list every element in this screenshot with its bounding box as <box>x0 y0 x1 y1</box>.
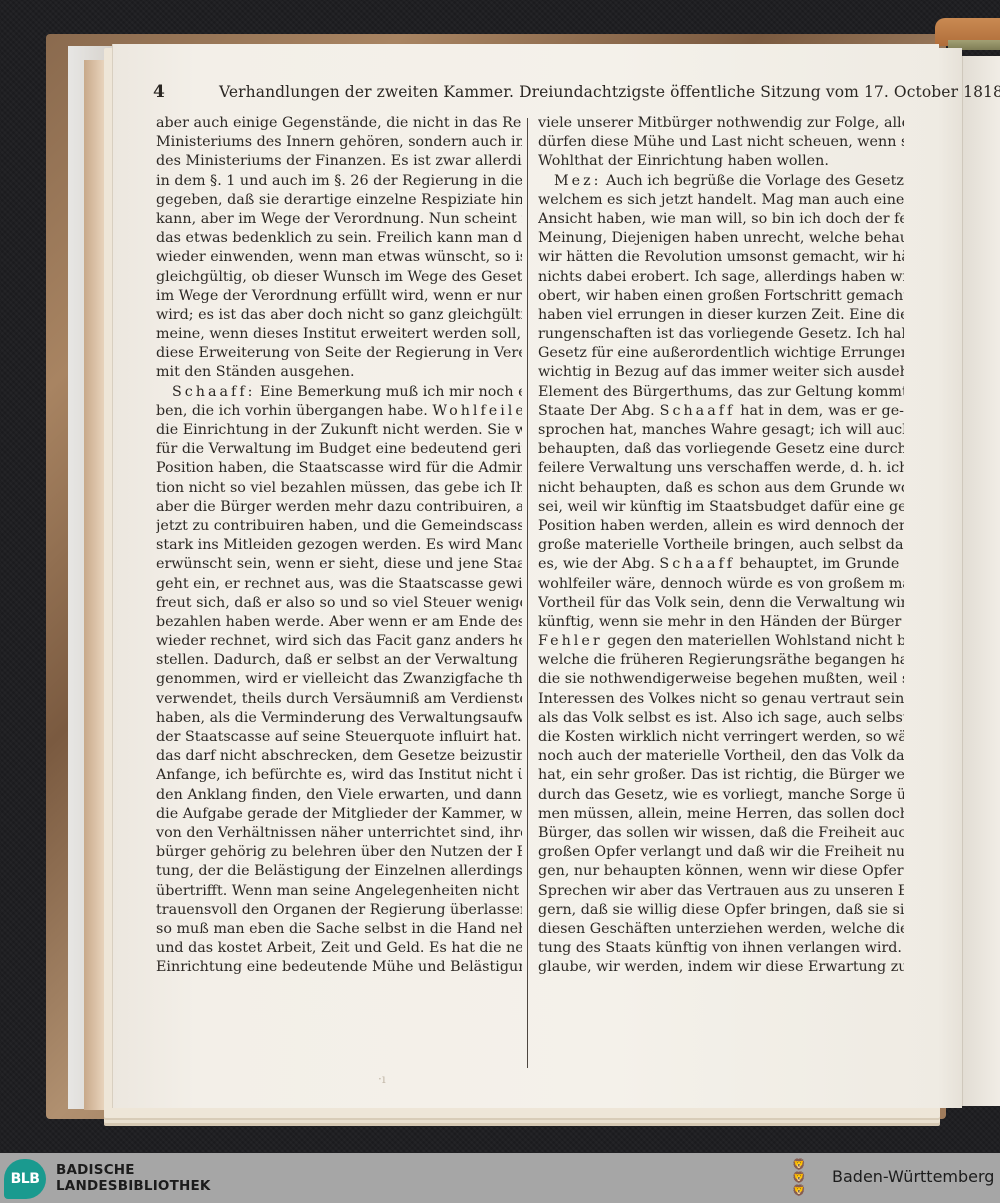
text-line: wohlfeiler wäre, dennoch würde es von gr… <box>538 575 904 594</box>
text-line: haben, als die Verminderung des Verwaltu… <box>156 709 522 728</box>
text-line: von den Verhältnissen näher unterrichtet… <box>156 824 522 843</box>
text-line: Vortheil für das Volk sein, denn die Ver… <box>538 594 904 613</box>
text-line: Sprechen wir aber das Vertrauen aus zu u… <box>538 882 904 901</box>
text-line: die sie nothwendigerweise begehen mußten… <box>538 670 904 689</box>
text-line: rungenschaften ist das vorliegende Geset… <box>538 325 904 344</box>
text-line: die Einrichtung in der Zukunft nicht wer… <box>156 421 522 440</box>
text-line: Gesetz für eine außerordentlich wichtige… <box>538 344 904 363</box>
text-line: Schaaff: Eine Bemerkung muß ich mir noch… <box>156 383 522 402</box>
text-line: bezahlen haben werde. Aber wenn er am En… <box>156 613 522 632</box>
text-line: kann, aber im Wege der Verordnung. Nun s… <box>156 210 522 229</box>
blb-logo-badge[interactable]: BLB <box>4 1159 46 1199</box>
text-line: jetzt zu contribuiren haben, und die Gem… <box>156 517 522 536</box>
text-column-right: viele unserer Mitbürger nothwendig zur F… <box>538 114 904 977</box>
text-line: bürger gehörig zu belehren über den Nutz… <box>156 843 522 862</box>
text-line: großen Opfer verlangt und daß wir die Fr… <box>538 843 904 862</box>
text-line: Ansicht haben, wie man will, so bin ich … <box>538 210 904 229</box>
text-line: Einrichtung eine bedeutende Mühe und Bel… <box>156 958 522 977</box>
text-line: meine, wenn dieses Institut erweitert we… <box>156 325 522 344</box>
text-line: aber die Bürger werden mehr dazu contrib… <box>156 498 522 517</box>
text-line: glaube, wir werden, indem wir diese Erwa… <box>538 958 904 977</box>
text-line: die Aufgabe gerade der Mitglieder der Ka… <box>156 805 522 824</box>
text-line: in dem §. 1 und auch im §. 26 der Regier… <box>156 172 522 191</box>
text-line: Interessen des Volkes nicht so genau ver… <box>538 690 904 709</box>
text-line: das darf nicht abschrecken, dem Gesetze … <box>156 747 522 766</box>
text-line: trauensvoll den Organen der Regierung üb… <box>156 901 522 920</box>
blb-name-line1: BADISCHE <box>56 1162 211 1178</box>
blb-name-line2: LANDESBIBLIOTHEK <box>56 1178 211 1194</box>
text-line: viele unserer Mitbürger nothwendig zur F… <box>538 114 904 133</box>
speaker-name: Schaaff: <box>172 384 255 400</box>
text-line: im Wege der Verordnung erfüllt wird, wen… <box>156 287 522 306</box>
gutter-shadow <box>938 48 962 1108</box>
text-line: das etwas bedenklich zu sein. Freilich k… <box>156 229 522 248</box>
text-line: den Anklang finden, den Viele erwarten, … <box>156 786 522 805</box>
text-line: nichts dabei erobert. Ich sage, allerdin… <box>538 268 904 287</box>
text-line: wieder rechnet, wird sich das Facit ganz… <box>156 632 522 651</box>
text-line: behaupten, daß das vorliegende Gesetz ei… <box>538 440 904 459</box>
text-line: erwünscht sein, wenn er sieht, diese und… <box>156 555 522 574</box>
text-line: als das Volk selbst es ist. Also ich sag… <box>538 709 904 728</box>
text-line: diesen Geschäften unterziehen werden, we… <box>538 920 904 939</box>
running-head: 4 Verhandlungen der zweiten Kammer. Drei… <box>153 82 843 106</box>
text-line: es, wie der Abg. Schaaff behauptet, im G… <box>538 555 904 574</box>
text-line: Fehler gegen den materiellen Wohlstand n… <box>538 632 904 651</box>
text-line: stark ins Mitleiden gezogen werden. Es w… <box>156 536 522 555</box>
text-line: Staate Der Abg. Schaaff hat in dem, was … <box>538 402 904 421</box>
text-line: wird; es ist das aber doch nicht so ganz… <box>156 306 522 325</box>
text-line: tion nicht so viel bezahlen müssen, das … <box>156 479 522 498</box>
text-line: Anfange, ich befürchte es, wird das Inst… <box>156 766 522 785</box>
column-divider <box>527 118 528 1068</box>
text-line: welchem es sich jetzt handelt. Mag man a… <box>538 191 904 210</box>
text-line: Ministeriums des Innern gehören, sondern… <box>156 133 522 152</box>
text-line: gern, daß sie willig diese Opfer bringen… <box>538 901 904 920</box>
page-number: 4 <box>153 82 165 102</box>
text-line: men müssen, allein, meine Herren, das so… <box>538 805 904 824</box>
text-line: feilere Verwaltung uns verschaffen werde… <box>538 459 904 478</box>
running-head-title: Verhandlungen der zweiten Kammer. Dreiun… <box>219 83 1000 101</box>
text-line: Meinung, Diejenigen haben unrecht, welch… <box>538 229 904 248</box>
text-line: Bürger, das sollen wir wissen, daß die F… <box>538 824 904 843</box>
emphasized-word: Wohlfeiler <box>432 403 522 419</box>
text-line: wir hätten die Revolution umsonst gemach… <box>538 248 904 267</box>
text-line: gegeben, daß sie derartige einzelne Resp… <box>156 191 522 210</box>
text-line: ben, die ich vorhin übergangen habe. Woh… <box>156 402 522 421</box>
facing-page-edge <box>962 56 1000 1106</box>
text-line: diese Erweiterung von Seite der Regierun… <box>156 344 522 363</box>
text-line: haben viel errungen in dieser kurzen Zei… <box>538 306 904 325</box>
text-line: der Staatscasse auf seine Steuerquote in… <box>156 728 522 747</box>
text-line: tung des Staats künftig von ihnen verlan… <box>538 939 904 958</box>
speaker-name: Mez: <box>554 173 601 189</box>
three-lions-icon: 🦁🦁🦁 <box>792 1159 822 1199</box>
emphasized-word: Fehler <box>538 633 603 649</box>
text-line: geht ein, er rechnet aus, was die Staats… <box>156 575 522 594</box>
text-line: stellen. Dadurch, daß er selbst an der V… <box>156 651 522 670</box>
text-line: verwendet, theils durch Versäumniß am Ve… <box>156 690 522 709</box>
text-line: sei, weil wir künftig im Staatsbudget da… <box>538 498 904 517</box>
text-line: dürfen diese Mühe und Last nicht scheuen… <box>538 133 904 152</box>
text-line: freut sich, daß er also so und so viel S… <box>156 594 522 613</box>
text-line: Position haben, die Staatscasse wird für… <box>156 459 522 478</box>
text-line: welche die früheren Regierungsräthe bega… <box>538 651 904 670</box>
blb-logo-text[interactable]: BADISCHE LANDESBIBLIOTHEK <box>56 1162 211 1194</box>
text-line: mit den Ständen ausgehen. <box>156 363 522 382</box>
text-line: Wohlthat der Einrichtung haben wollen. <box>538 152 904 171</box>
text-line: durch das Gesetz, wie es vorliegt, manch… <box>538 786 904 805</box>
text-line: sprochen hat, manches Wahre gesagt; ich … <box>538 421 904 440</box>
page-mark: ·ı <box>378 1072 384 1086</box>
text-line: so muß man eben die Sache selbst in die … <box>156 920 522 939</box>
text-line: hat, ein sehr großer. Das ist richtig, d… <box>538 766 904 785</box>
text-line: obert, wir haben einen großen Fortschrit… <box>538 287 904 306</box>
text-line: genommen, wird er vielleicht das Zwanzig… <box>156 670 522 689</box>
emphasized-word: Schaaff <box>660 403 736 419</box>
text-line: große materielle Vortheile bringen, auch… <box>538 536 904 555</box>
text-line: nicht behaupten, daß es schon aus dem Gr… <box>538 479 904 498</box>
text-line: Mez: Auch ich begrüße die Vorlage des Ge… <box>538 172 904 191</box>
text-column-left: aber auch einige Gegenstände, die nicht … <box>156 114 522 977</box>
text-line: gleichgültig, ob dieser Wunsch im Wege d… <box>156 268 522 287</box>
text-line: wichtig in Bezug auf das immer weiter si… <box>538 363 904 382</box>
baden-wuerttemberg-logo-text[interactable]: Baden-Württemberg <box>832 1167 994 1186</box>
text-line: tung, der die Belästigung der Einzelnen … <box>156 862 522 881</box>
text-line: gen, nur behaupten können, wenn wir dies… <box>538 862 904 881</box>
text-line: wieder einwenden, wenn man etwas wünscht… <box>156 248 522 267</box>
text-line: Position haben werden, allein es wird de… <box>538 517 904 536</box>
text-line: künftig, wenn sie mehr in den Händen der… <box>538 613 904 632</box>
footer-bar: BLB BADISCHE LANDESBIBLIOTHEK 🦁🦁🦁 Baden-… <box>0 1153 1000 1203</box>
text-line: die Kosten wirklich nicht verringert wer… <box>538 728 904 747</box>
text-line: noch auch der materielle Vortheil, den d… <box>538 747 904 766</box>
emphasized-word: Schaaff <box>659 556 735 572</box>
text-line: für die Verwaltung im Budget eine bedeut… <box>156 440 522 459</box>
text-line: des Ministeriums der Finanzen. Es ist zw… <box>156 152 522 171</box>
text-line: aber auch einige Gegenstände, die nicht … <box>156 114 522 133</box>
text-line: und das kostet Arbeit, Zeit und Geld. Es… <box>156 939 522 958</box>
text-line: Element des Bürgerthums, das zur Geltung… <box>538 383 904 402</box>
text-line: übertrifft. Wenn man seine Angelegenheit… <box>156 882 522 901</box>
